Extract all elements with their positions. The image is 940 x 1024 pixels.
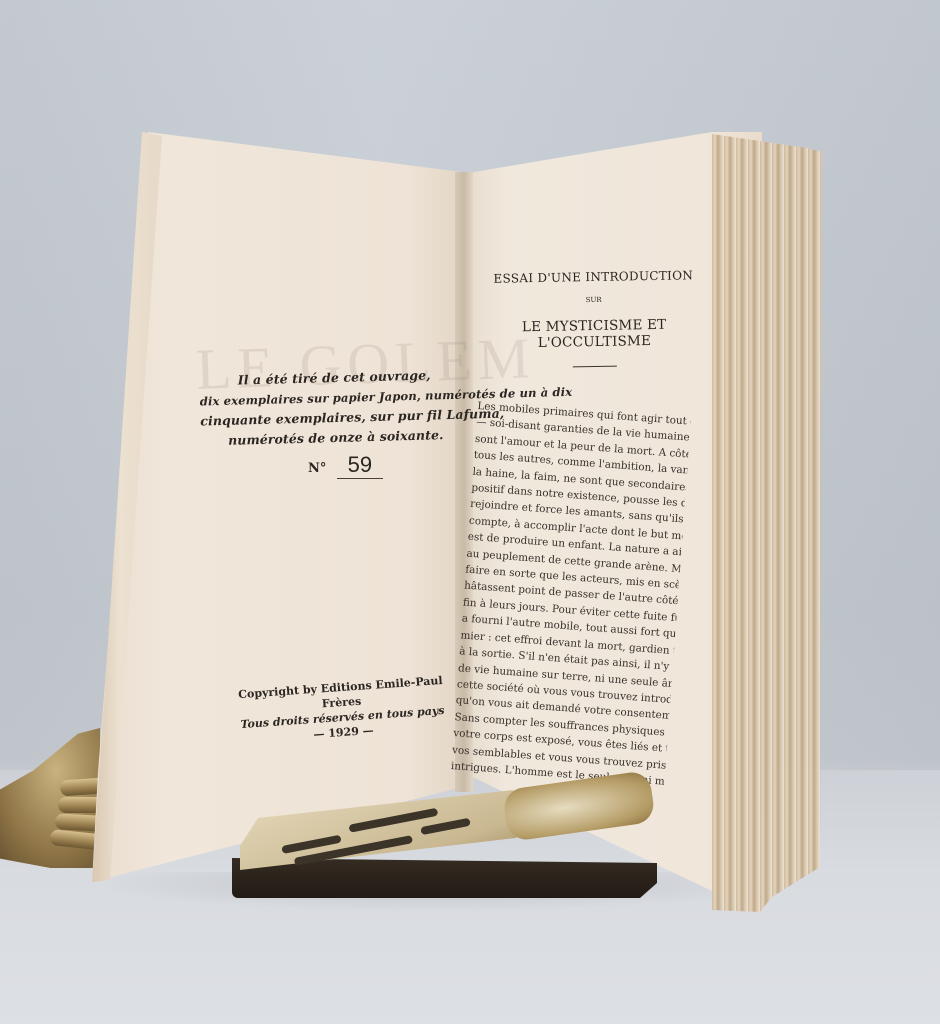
copy-number: N° 59 <box>308 452 383 479</box>
heading-line-2: SUR <box>486 294 702 306</box>
engraving-mark <box>420 818 471 835</box>
heading-line-3: LE MYSTICISME ET L'OCCULTISME <box>486 316 703 352</box>
chapter-heading: ESSAI D'UNE INTRODUCTION SUR LE MYSTICIS… <box>485 268 703 369</box>
deckled-fore-edge <box>712 132 822 912</box>
edition-notice: Il a été tiré de cet ouvrage, dix exempl… <box>199 364 471 451</box>
number-label: N° <box>308 461 326 476</box>
heading-line-1: ESSAI D'UNE INTRODUCTION <box>485 268 701 286</box>
number-value: 59 <box>337 452 383 479</box>
chapter-body-text: Les mobiles primaires qui font agir tout… <box>450 398 691 790</box>
